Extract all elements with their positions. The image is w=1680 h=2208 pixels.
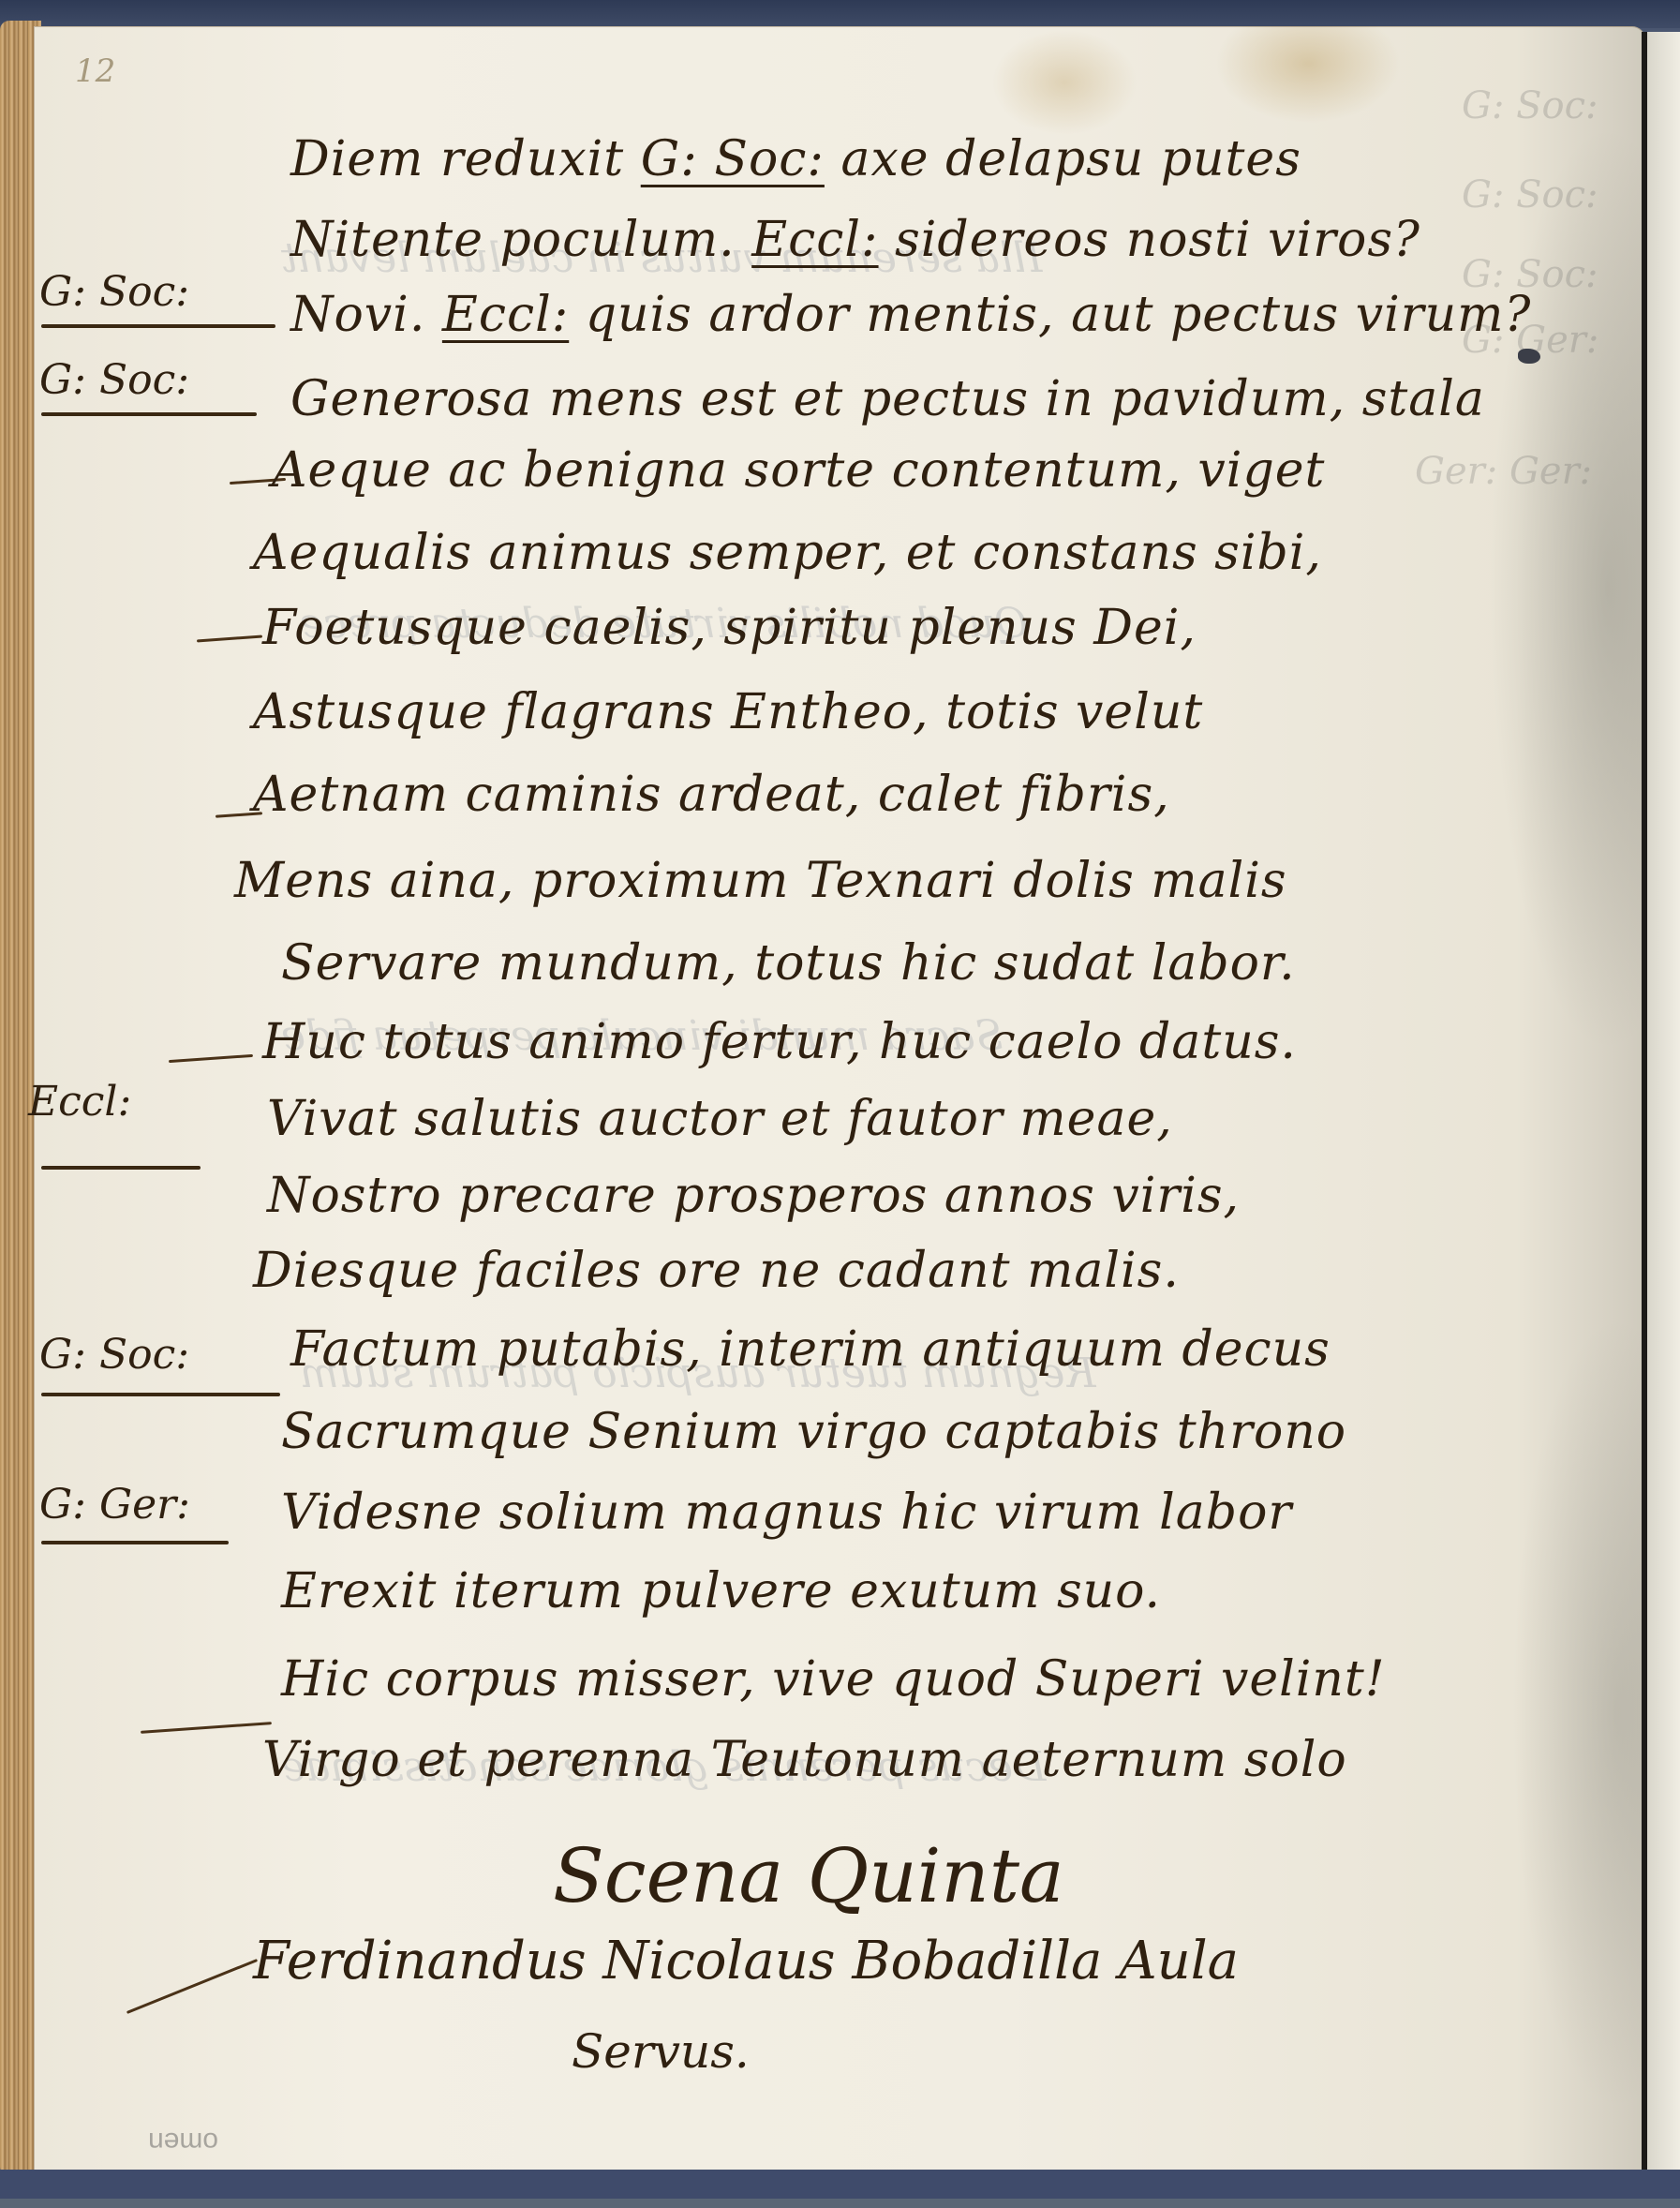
show-through-speaker: G: Soc:: [1462, 84, 1598, 127]
show-through-speaker: Ger: Ger:: [1415, 450, 1592, 493]
dramatis-personae-2: Servus.: [572, 2024, 750, 2079]
speaker-label: G: Ger:: [39, 1481, 190, 1529]
verse-line: Huc totus animo fertur, huc caelo datus.: [262, 1014, 1297, 1070]
verse-line: Mens aina, proximum Texnari dolis malis: [234, 853, 1287, 909]
speaker-underline: [41, 412, 257, 416]
show-through-speaker: G: Soc:: [1462, 173, 1598, 216]
inline-speaker: Eccl:: [442, 287, 569, 343]
speaker-underline: [41, 324, 275, 328]
verse-line: Vivat salutis auctor et fautor meae,: [267, 1091, 1173, 1147]
scene-title: Scena Quinta: [553, 1832, 1064, 1919]
verse-line: Nostro precare prosperos annos viris,: [267, 1168, 1240, 1224]
verse-line: Erexit iterum pulvere exutum suo.: [281, 1563, 1161, 1619]
verse-line: Aeque ac benigna sorte contentum, viget: [272, 442, 1325, 499]
dramatis-personae: Ferdinandus Nicolaus Bobadilla Aula: [253, 1931, 1239, 1992]
verse-line: Novi. Eccl: quis ardor mentis, aut pectu…: [290, 287, 1531, 343]
speaker-underline: [41, 1393, 280, 1396]
verse-line: Servare mundum, totus hic sudat labor.: [281, 935, 1296, 992]
speaker-label: Eccl:: [28, 1078, 131, 1126]
adjacent-leaf: [1647, 32, 1680, 2178]
verse-line: Nitente poculum. Eccl: sidereos nosti vi…: [290, 212, 1420, 268]
speaker-label: G: Soc:: [39, 268, 189, 316]
ink-blot: [1518, 349, 1540, 364]
speaker-underline: [41, 1166, 201, 1170]
verse-line: Generosa mens est et pectus in pavidum, …: [290, 371, 1485, 427]
verse-line: Diesque faciles ore ne cadant malis.: [253, 1243, 1180, 1299]
speaker-label: G: Soc:: [39, 356, 189, 404]
speaker-underline: [41, 1541, 229, 1544]
verse-line: Foetusque caelis, spiritu plenus Dei,: [262, 600, 1197, 656]
scan-background-top: [0, 0, 1680, 28]
speaker-label: G: Soc:: [39, 1331, 189, 1379]
verse-line: Videsne solium magnus hic virum labor: [281, 1484, 1292, 1541]
verse-line: Aetnam caminis ardeat, calet fibris,: [253, 767, 1170, 823]
inline-speaker: Eccl:: [751, 212, 878, 268]
verse-line: Astusque flagrans Entheo, totis velut: [253, 684, 1203, 740]
verse-line: Diem reduxit G: Soc: axe delapsu putes: [290, 131, 1301, 187]
verse-line: Aequalis animus semper, et constans sibi…: [253, 525, 1322, 581]
verse-line: Factum putabis, interim antiquum decus: [290, 1321, 1331, 1378]
scan-bed-strip: [0, 2199, 1680, 2208]
folio-number: 12: [75, 52, 115, 90]
verse-line: Sacrumque Senium virgo captabis throno: [281, 1404, 1346, 1460]
pencil-note: omen: [148, 2126, 218, 2157]
verse-line: Virgo et perenna Teutonum aeternum solo: [262, 1732, 1347, 1788]
verse-line: Hic corpus misser, vive quod Superi veli…: [281, 1651, 1386, 1708]
inline-speaker: G: Soc:: [641, 131, 825, 187]
